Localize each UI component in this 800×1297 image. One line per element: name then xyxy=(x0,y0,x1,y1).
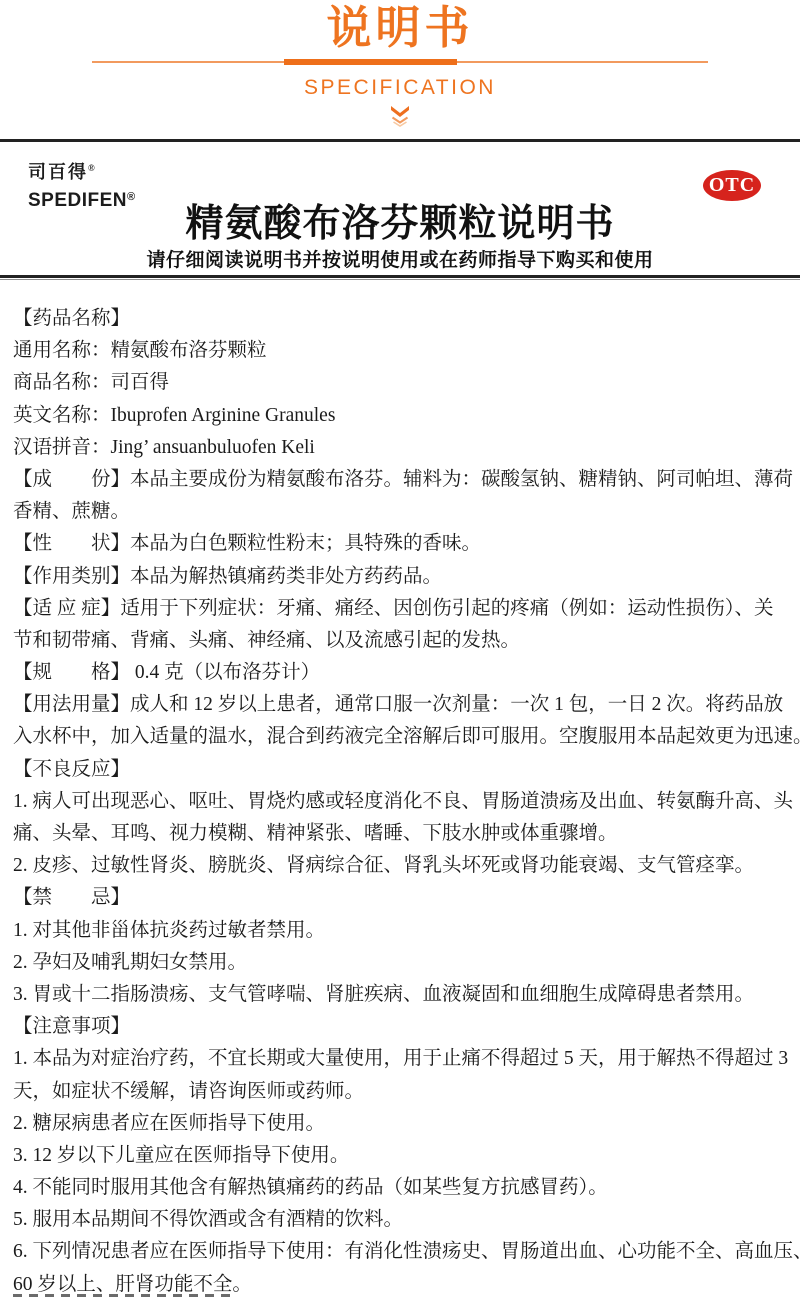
body-line: 商品名称：司百得 xyxy=(13,367,787,399)
body-line: 60 岁以上、肝肾功能不全。 xyxy=(13,1269,787,1297)
banner-divider xyxy=(92,59,708,65)
drug-header: 司百得® SPEDIFEN® OTC 精氨酸布洛芬颗粒说明书 请仔细阅读说明书并… xyxy=(0,139,800,280)
usage-notice: 请仔细阅读说明书并按说明使用或在药师指导下购买和使用 xyxy=(0,250,800,272)
body-line: 通用名称：精氨酸布洛芬颗粒 xyxy=(13,335,787,367)
body-line: 节和韧带痛、背痛、头痛、神经痛、以及流感引起的发热。 xyxy=(13,625,787,657)
brand-name-en-text: SPEDIFEN xyxy=(28,190,127,211)
banner-subtitle: SPECIFICATION xyxy=(0,78,800,98)
body-line: 1. 对其他非甾体抗炎药过敏者禁用。 xyxy=(13,915,787,947)
body-line: 汉语拼音：Jing’ ansuanbuluofen Keli xyxy=(13,432,787,464)
body-line: 1. 本品为对症治疗药，不宜长期或大量使用，用于止痛不得超过 5 天，用于解热不… xyxy=(13,1043,787,1075)
brand-logo: 司百得® SPEDIFEN® xyxy=(28,158,136,211)
spec-body: 【药品名称】通用名称：精氨酸布洛芬颗粒商品名称：司百得英文名称：Ibuprofe… xyxy=(0,303,800,1297)
brand-name-cn-text: 司百得 xyxy=(28,162,88,182)
registered-trademark-icon: ® xyxy=(127,191,136,203)
brand-name-cn: 司百得® xyxy=(28,158,136,182)
header-divider-thick xyxy=(0,275,800,278)
body-line: 6. 下列情况患者应在医师指导下使用：有消化性溃疡史、胃肠道出血、心功能不全、高… xyxy=(13,1236,787,1268)
body-line: 【适 应 症】适用于下列症状：牙痛、痛经、因创伤引起的疼痛（例如：运动性损伤）、… xyxy=(13,593,787,625)
body-line: 1. 病人可出现恶心、呕吐、胃烧灼感或轻度消化不良、胃肠道溃疡及出血、转氨酶升高… xyxy=(13,786,787,818)
body-line: 【作用类别】本品为解热镇痛药类非处方药药品。 xyxy=(13,561,787,593)
body-line: 2. 糖尿病患者应在医师指导下使用。 xyxy=(13,1108,787,1140)
body-line: 2. 孕妇及哺乳期妇女禁用。 xyxy=(13,947,787,979)
body-line: 3. 胃或十二指肠溃疡、支气管哮喘、肾脏疾病、血液凝固和血细胞生成障碍患者禁用。 xyxy=(13,979,787,1011)
body-line: 【药品名称】 xyxy=(13,303,787,335)
otc-badge: OTC xyxy=(703,170,761,201)
body-line: 【不良反应】 xyxy=(13,754,787,786)
banner-title: 说明书 xyxy=(0,0,800,54)
body-line: 【禁 忌】 xyxy=(13,882,787,914)
body-line: 【注意事项】 xyxy=(13,1011,787,1043)
body-line: 英文名称：Ibuprofen Arginine Granules xyxy=(13,400,787,432)
double-chevron-down-icon xyxy=(388,105,412,127)
header-divider-thin xyxy=(0,279,800,280)
body-line: 香精、蔗糖。 xyxy=(13,496,787,528)
body-line: 痛、头晕、耳鸣、视力模糊、精神紧张、嗜睡、下肢水肿或体重骤增。 xyxy=(13,818,787,850)
body-line: 【成 份】本品主要成份为精氨酸布洛芬。辅料为：碳酸氢钠、糖精钠、阿司帕坦、薄荷 xyxy=(13,464,787,496)
body-line: 入水杯中，加入适量的温水，混合到药液完全溶解后即可服用。空腹服用本品起效更为迅速… xyxy=(13,721,787,753)
body-line: 5. 服用本品期间不得饮酒或含有酒精的饮料。 xyxy=(13,1204,787,1236)
brand-name-en: SPEDIFEN® xyxy=(28,187,136,211)
body-line: 【性 状】本品为白色颗粒性粉末；具特殊的香味。 xyxy=(13,528,787,560)
banner-divider-thick-segment xyxy=(284,59,457,65)
body-line: 2. 皮疹、过敏性肾炎、膀胱炎、肾病综合征、肾乳头坏死或肾功能衰竭、支气管痉挛。 xyxy=(13,850,787,882)
body-line: 3. 12 岁以下儿童应在医师指导下使用。 xyxy=(13,1140,787,1172)
spec-sheet-page: 说明书 SPECIFICATION 司百得® SPEDIFEN® OTC 精氨酸… xyxy=(0,0,800,1297)
body-line: 天，如症状不缓解，请咨询医师或药师。 xyxy=(13,1076,787,1108)
registered-trademark-icon: ® xyxy=(88,163,95,173)
body-line: 【用法用量】成人和 12 岁以上患者，通常口服一次剂量：一次 1 包，一日 2 … xyxy=(13,689,787,721)
body-line: 【规 格】 0.4 克（以布洛芬计） xyxy=(13,657,787,689)
body-line: 4. 不能同时服用其他含有解热镇痛药的药品（如某些复方抗感冒药）。 xyxy=(13,1172,787,1204)
banner: 说明书 SPECIFICATION xyxy=(0,0,800,127)
